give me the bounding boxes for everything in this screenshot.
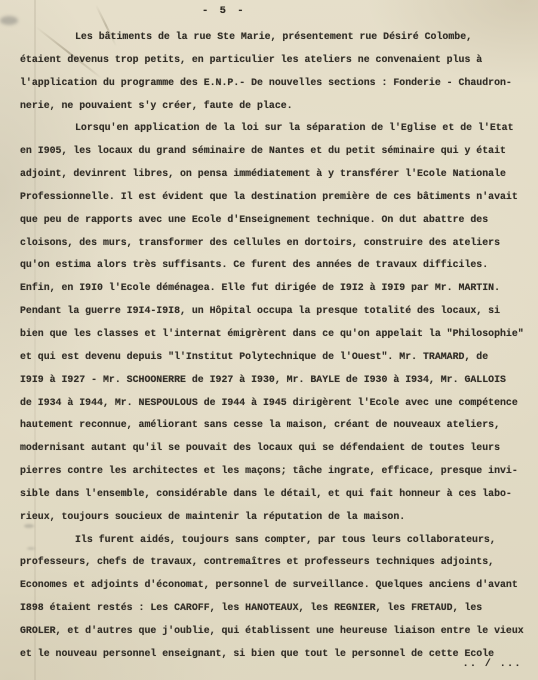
text-line: GROLER, et d'autres que j'oublie, qui ét… xyxy=(20,620,526,643)
text-line: l'application du programme des E.N.P.- D… xyxy=(20,72,526,95)
text-line: professeurs, chefs de travaux, contremaî… xyxy=(20,551,526,574)
text-line: que peu de rapports avec une Ecole d'Ens… xyxy=(20,209,526,232)
text-line: pierres contre les architectes et les ma… xyxy=(20,460,526,483)
text-line: et le nouveau personnel enseignant, si b… xyxy=(20,643,526,666)
text-line: Economes et adjoints d'économat, personn… xyxy=(20,574,526,597)
text-line: Professionnelle. Il est évident que la d… xyxy=(20,186,526,209)
text-line: sible dans l'ensemble, considérable dans… xyxy=(20,483,526,506)
text-line: de I934 à I944, Mr. NESPOULOUS de I944 à… xyxy=(20,392,526,415)
text-line: I9I9 à I927 - Mr. SCHOONERRE de I927 à I… xyxy=(20,369,526,392)
text-line: Pendant la guerre I9I4-I9I8, un Hôpital … xyxy=(20,300,526,323)
text-line: cloisons, des murs, transformer des cell… xyxy=(20,232,526,255)
text-line: et qui est devenu depuis "l'Institut Pol… xyxy=(20,346,526,369)
text-line: Ils furent aidés, toujours sans compter,… xyxy=(20,529,526,552)
continuation-mark: .. / ... xyxy=(463,658,522,669)
text-line: Lorsqu'en application de la loi sur la s… xyxy=(20,117,526,140)
text-line: hautement reconnue, améliorant sans cess… xyxy=(20,414,526,437)
scanned-page: - 5 - Les bâtiments de la rue Ste Marie,… xyxy=(0,0,538,680)
text-line: bien que les classes et l'internat émigr… xyxy=(20,323,526,346)
text-line: Les bâtiments de la rue Ste Marie, prése… xyxy=(20,26,526,49)
text-line: qu'on estima alors très suffisants. Ce f… xyxy=(20,254,526,277)
text-line: Enfin, en I9I0 l'Ecole déménagea. Elle f… xyxy=(20,277,526,300)
document-body: Les bâtiments de la rue Ste Marie, prése… xyxy=(20,26,526,666)
text-line: I898 étaient restés : Les CAROFF, les HA… xyxy=(20,597,526,620)
page-number: - 5 - xyxy=(202,5,246,17)
text-line: en I905, les locaux du grand séminaire d… xyxy=(20,140,526,163)
paper-smudge xyxy=(0,16,18,25)
text-line: étaient devenus trop petits, en particul… xyxy=(20,49,526,72)
text-line: nerie, ne pouvaient s'y créer, faute de … xyxy=(20,95,526,118)
text-line: rieux, toujours soucieux de maintenir la… xyxy=(20,506,526,529)
text-line: adjoint, devinrent libres, on pensa immé… xyxy=(20,163,526,186)
text-line: modernisant autant qu'il se pouvait des … xyxy=(20,437,526,460)
